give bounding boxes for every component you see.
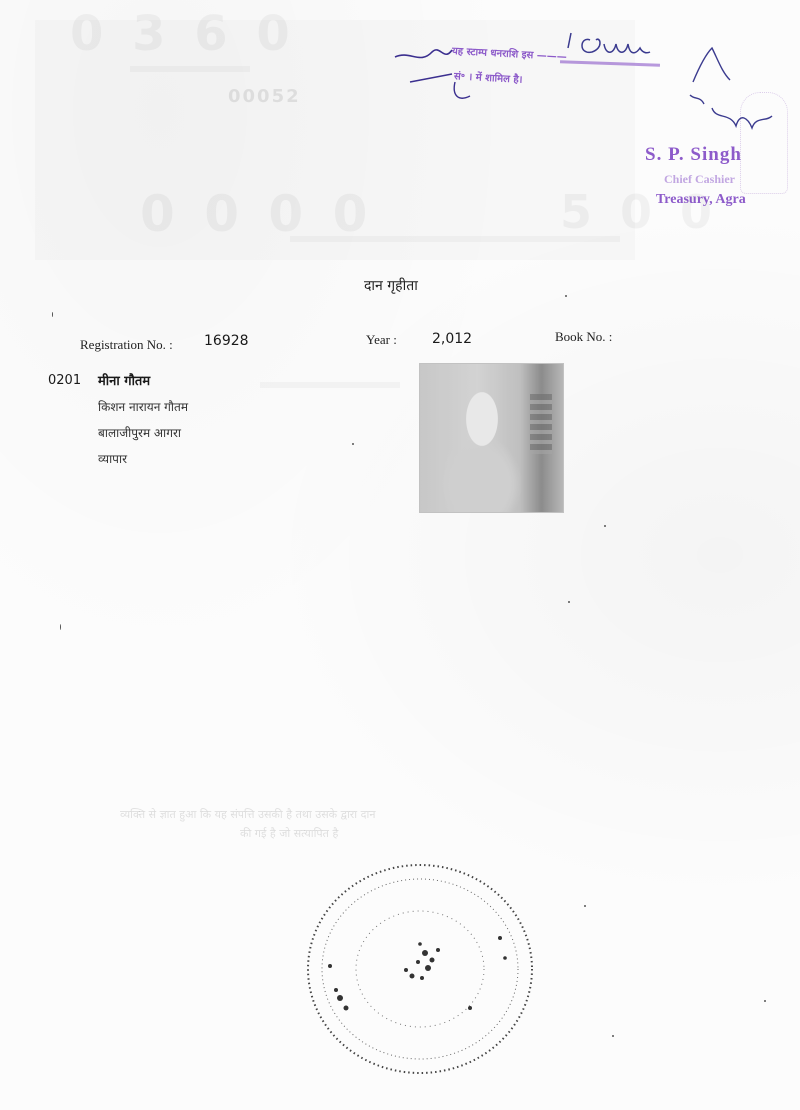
party-code: 0201	[48, 373, 81, 388]
speck	[352, 443, 354, 445]
faint-footer-line1: व्यक्ति से ज्ञात हुआ कि यह संपत्ति उसकी …	[120, 807, 375, 822]
party-occupation: व्यापार	[98, 450, 127, 467]
donee-photo	[419, 363, 564, 513]
speck	[764, 1000, 766, 1002]
speck	[52, 312, 53, 317]
signature-icon	[0, 0, 800, 260]
party-relation: किशन नारायन गौतम	[98, 398, 188, 415]
speck	[604, 525, 606, 527]
party-name: मीना गौतम	[98, 371, 150, 389]
speck	[568, 601, 570, 603]
speck	[584, 905, 586, 907]
speck	[565, 295, 567, 297]
book-label: Book No. :	[555, 329, 612, 345]
speck	[60, 624, 61, 630]
registrar-seal-icon	[300, 858, 540, 1080]
ghost-line	[260, 382, 400, 388]
year-label: Year :	[366, 332, 397, 348]
party-address: बालाजीपुरम आगरा	[98, 424, 181, 441]
document-page: 0 3 6 0 00052 0 0 0 0 5 0 0 यह स्टाम्प ध…	[0, 0, 800, 1110]
year-value: 2,012	[432, 331, 472, 347]
speck	[612, 1035, 614, 1037]
registration-label: Registration No. :	[80, 337, 173, 353]
registration-value: 16928	[204, 333, 249, 349]
page-title: दान गृहीता	[364, 276, 418, 295]
faint-footer-line2: की गई है जो सत्यापित है	[240, 826, 338, 841]
